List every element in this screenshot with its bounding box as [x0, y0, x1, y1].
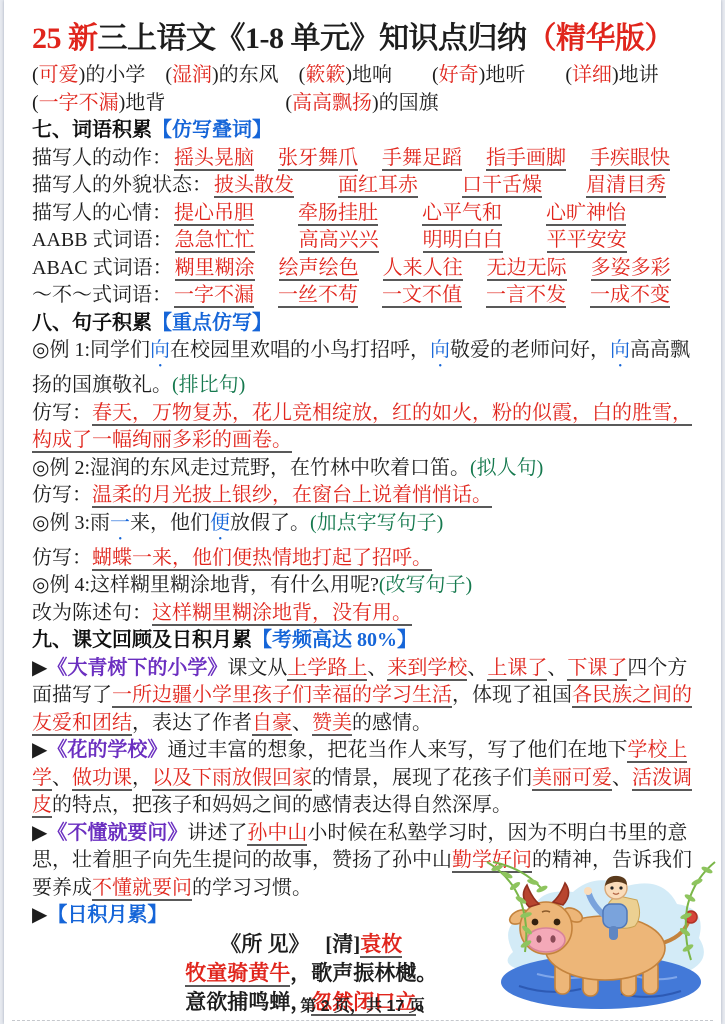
text-segment-k: 放假了。 [230, 512, 310, 534]
text-segment-ru: 无边无际 [487, 257, 567, 281]
text-segment-k: 课文从 [227, 657, 287, 679]
text-segment-k: ( [32, 64, 39, 86]
text-segment-bd: 向 [610, 339, 630, 361]
text-segment-ru: 披头散发 [214, 174, 294, 198]
text-segment-k: 讲述了 [187, 822, 247, 844]
text-segment-ru: 急急忙忙 [175, 229, 255, 253]
text-segment-ru: 春天，万物复苏，花儿竞相绽放，红的如火，粉的似霞，白的胜雪，构成了一幅绚丽多彩的… [32, 402, 692, 454]
section8-number-title: 八、句子积累 [32, 312, 152, 334]
section7-tag: 【仿写叠词】 [152, 119, 272, 141]
text-segment-r: 高高飘扬 [292, 92, 372, 114]
text-segment-k [544, 174, 584, 196]
daily-accumulation-tag: 【日积月累】 [47, 904, 167, 926]
sec8-answer-1: 仿写：春天，万物复苏，花儿竞相绽放，红的如火，粉的似霞，白的胜雪，构成了一幅绚丽… [32, 400, 697, 455]
sentence-type-label: (排比句) [172, 374, 245, 396]
text-segment-r: 簌簌 [305, 64, 345, 86]
text-segment-k: 通过丰富的想象，把花当作人来写，写了他们在地下 [167, 739, 627, 761]
text-segment-k: ◎例 2:湿润的东风走过荒野，在竹林中吹着口笛。 [32, 457, 470, 479]
text-segment-k: 仿写： [32, 402, 92, 424]
title-main: 三上语文《1-8 单元》知识点归纳 [98, 22, 527, 55]
text-segment-k [360, 284, 380, 306]
text-segment-ru: 赞美 [312, 712, 352, 736]
sec7-row-mood: 描写人的心情：提心吊胆 牵肠挂肚 心平气和 心旷神怡 [32, 200, 697, 228]
text-segment-ru: 来到学校 [387, 657, 467, 681]
sec7-row-abac: ABAC 式词语：糊里糊涂 绘声绘色 人来人往 无边无际 多姿多彩 [32, 255, 697, 283]
lesson-title: 《大青树下的小学》 [47, 657, 227, 679]
ox-rider-illustration [485, 860, 717, 1010]
text-segment-ru: 一所边疆小学里孩子们幸福的学习生活 [112, 684, 452, 708]
text-segment-k [380, 202, 420, 224]
text-segment-k: 的特点，把孩子和妈妈之间的感情表达得自然深厚。 [52, 794, 512, 816]
text-segment-k: 的感情。 [352, 712, 432, 734]
text-segment-k: ( [32, 92, 39, 114]
section8-heading: 八、句子积累【重点仿写】 [32, 310, 697, 338]
text-segment-ru: 平平安安 [547, 229, 627, 253]
text-segment-ru: 自豪 [252, 712, 292, 736]
text-segment-k [361, 257, 381, 279]
text-segment-ru: 这样糊里糊涂地背，没有用。 [152, 602, 412, 626]
text-segment-ru: 一丝不苟 [278, 284, 358, 308]
text-segment-k: 描写人的动作： [32, 147, 172, 169]
text-segment-ru: 提心吊胆 [174, 202, 254, 226]
text-segment-ru: 绘声绘色 [279, 257, 359, 281]
sentence-type-label: (加点字写句子) [310, 512, 443, 534]
text-segment-k [257, 257, 277, 279]
text-segment-ru: 手疾眼快 [590, 147, 670, 171]
text-segment-k: 、 [612, 767, 632, 789]
text-segment-ru: 心旷神怡 [546, 202, 626, 226]
sec7-row-actions: 描写人的动作：摇头晃脑 张牙舞爪 手舞足蹈 指手画脚 手疾眼快 [32, 145, 697, 173]
text-segment-k: 改为陈述句： [32, 602, 152, 624]
text-segment-ru: 美丽可爱 [532, 767, 612, 791]
text-segment-k: 在校园里欢唱的小鸟打招呼， [170, 339, 430, 361]
text-segment-k [381, 229, 421, 251]
text-segment-k: 、 [547, 657, 567, 679]
text-segment-k: 、 [467, 657, 487, 679]
lesson-title: 《不懂就要问》 [47, 822, 187, 844]
page-bottom-edge [12, 1020, 713, 1021]
text-segment-bd: 便 [210, 512, 230, 534]
word-fill-line-1: (可爱)的小学 (湿润)的东风 (簌簌)地响 (好奇)地听 (详细)地讲 [32, 62, 697, 90]
section9-heading: 九、课文回顾及日积月累【考频高达 80%】 [32, 627, 697, 655]
text-segment-ru: 摇头晃脑 [174, 147, 254, 171]
text-segment-k: )地背 ( [119, 92, 292, 114]
text-segment-r: 好奇 [439, 64, 479, 86]
text-segment-k: )的小学 ( [79, 64, 172, 86]
text-segment-k [505, 229, 545, 251]
sec9-lesson-1: ▶《大青树下的小学》课文从上学路上、来到学校、上课了、下课了四个方面描写了一所边… [32, 655, 697, 738]
text-segment-r: 详细 [572, 64, 612, 86]
text-segment-k [568, 284, 588, 306]
lesson-title: 《花的学校》 [47, 739, 167, 761]
section9-number-title: 九、课文回顾及日积月累 [32, 629, 252, 651]
section8-tag: 【重点仿写】 [152, 312, 272, 334]
word-fill-line-2: (一字不漏)地背 (高高飘扬)的国旗 [32, 90, 697, 118]
text-segment-k: ，表达了作者 [132, 712, 252, 734]
text-segment-ru: 温柔的月光披上银纱，在窗台上说着悄悄话。 [92, 484, 492, 508]
poem-title-line: 《所 见》 [清]袁枚 [118, 930, 504, 959]
section7-heading: 七、词语积累【仿写叠词】 [32, 117, 697, 145]
text-segment-k: 的情景，展现了花孩子们 [312, 767, 532, 789]
poem-author: 袁枚 [360, 932, 402, 958]
text-segment-k: 仿写： [32, 484, 92, 506]
text-segment-k: ， [132, 767, 152, 789]
text-segment-k [296, 174, 336, 196]
bullet-arrow: ▶ [32, 822, 47, 844]
section9-tag: 【考频高达 80%】 [252, 629, 417, 651]
sentence-type-label: (改写句子) [379, 574, 472, 596]
text-segment-ru: 蝴蝶一来，他们便热情地打起了招呼。 [92, 547, 432, 571]
text-segment-ru: 以及下雨放假回家 [152, 767, 312, 791]
sec8-answer-2: 仿写：温柔的月光披上银纱，在窗台上说着悄悄话。 [32, 482, 697, 510]
text-segment-k: )的东风 ( [212, 64, 305, 86]
text-segment-k [360, 147, 380, 169]
text-segment-k: 、 [292, 712, 312, 734]
text-segment-r: 湿润 [172, 64, 212, 86]
text-segment-ru: 一文不值 [382, 284, 462, 308]
text-segment-k: 描写人的外貌状态： [32, 174, 212, 196]
text-segment-ru: 指手画脚 [486, 147, 566, 171]
text-segment-bd: 向 [430, 339, 450, 361]
text-segment-k: ◎例 1:同学们 [32, 339, 150, 361]
poem-title-and-dynasty: 《所 见》 [清] [220, 932, 360, 956]
text-segment-ru: 一言不发 [486, 284, 566, 308]
page-title: 25 新三上语文《1-8 单元》知识点归纳（精华版） [32, 16, 697, 62]
text-segment-ru: 心平气和 [422, 202, 502, 226]
bullet-arrow: ▶ [32, 739, 47, 761]
text-segment-k [504, 202, 544, 224]
text-segment-r: 一字不漏 [39, 92, 119, 114]
text-segment-k [464, 284, 484, 306]
text-segment-ru: 孙中山 [247, 822, 307, 846]
text-segment-k [420, 174, 460, 196]
sec9-lesson-2: ▶《花的学校》通过丰富的想象，把花当作人来写，写了他们在地下学校上学、做功课，以… [32, 737, 697, 820]
sec8-example-1: ◎例 1:同学们向在校园里欢唱的小鸟打招呼，向敬爱的老师问好，向高高飘扬的国旗敬… [32, 337, 697, 400]
text-segment-k: 的学习习惯。 [192, 877, 312, 899]
text-segment-ru: 一字不漏 [174, 284, 254, 308]
sec7-row-yi-bu: ～不～式词语：一字不漏 一丝不苟 一文不值 一言不发 一成不变 [32, 282, 697, 310]
text-segment-k [257, 229, 297, 251]
text-segment-ru: 人来人往 [383, 257, 463, 281]
text-segment-k: 来，他们 [130, 512, 210, 534]
text-segment-k: )地讲 [612, 64, 659, 86]
text-segment-ru: 牧童骑黄牛 [185, 961, 290, 987]
text-segment-ru: 明明白白 [423, 229, 503, 253]
text-segment-k [464, 147, 484, 169]
text-segment-bd: 向 [150, 339, 170, 361]
text-segment-k: ，歌声振林樾。 [290, 961, 437, 985]
sec8-example-4: ◎例 4:这样糊里糊涂地背，有什么用呢?(改写句子) [32, 572, 697, 600]
text-segment-ru: 口干舌燥 [462, 174, 542, 198]
text-segment-k: )地听 ( [479, 64, 572, 86]
text-segment-k: )的国旗 [372, 92, 439, 114]
text-segment-ru: 眉清目秀 [586, 174, 666, 198]
sec7-row-appearance: 描写人的外貌状态：披头散发 面红耳赤 口干舌燥 眉清目秀 [32, 172, 697, 200]
text-segment-ru: 上学路上 [287, 657, 367, 681]
text-segment-ru: 做功课 [72, 767, 132, 791]
page-number: 第 2 页，共 17 页 [4, 993, 721, 1016]
text-segment-k: ～不～式词语： [32, 284, 172, 306]
title-edition: （精华版） [527, 22, 675, 55]
document-page: 25 新三上语文《1-8 单元》知识点归纳（精华版）(可爱)的小学 (湿润)的东… [4, 0, 721, 1024]
text-segment-k: ，体现了祖国 [452, 684, 572, 706]
text-segment-k: ◎例 3:雨 [32, 512, 110, 534]
section7-number-title: 七、词语积累 [32, 119, 152, 141]
text-segment-ru: 面红耳赤 [338, 174, 418, 198]
text-segment-ru: 牵肠挂肚 [298, 202, 378, 226]
title-prefix: 25 新 [32, 22, 98, 55]
sec8-answer-4: 改为陈述句：这样糊里糊涂地背，没有用。 [32, 600, 697, 628]
sec8-example-2: ◎例 2:湿润的东风走过荒野，在竹林中吹着口笛。(拟人句) [32, 455, 697, 483]
bullet-arrow: ▶ [32, 657, 47, 679]
text-segment-k: )地响 ( [345, 64, 438, 86]
text-segment-bd: 一 [110, 512, 130, 534]
sec8-answer-3: 仿写：蝴蝶一来，他们便热情地打起了招呼。 [32, 545, 697, 573]
text-segment-k: 、 [52, 767, 72, 789]
text-segment-ru: 手舞足蹈 [382, 147, 462, 171]
text-segment-r: 可爱 [39, 64, 79, 86]
text-segment-ru: 多姿多彩 [591, 257, 671, 281]
text-segment-k: 敬爱的老师问好， [450, 339, 610, 361]
sec8-example-3: ◎例 3:雨一来，他们便放假了。(加点字写句子) [32, 510, 697, 545]
bullet-arrow: ▶ [32, 904, 47, 926]
text-segment-k [256, 202, 296, 224]
text-segment-k: ◎例 4:这样糊里糊涂地背，有什么用呢? [32, 574, 379, 596]
text-segment-ru: 糊里糊涂 [175, 257, 255, 281]
text-segment-ru: 下课了 [567, 657, 627, 681]
text-segment-k [256, 284, 276, 306]
text-segment-k: 、 [367, 657, 387, 679]
text-segment-ru: 高高兴兴 [299, 229, 379, 253]
text-segment-ru: 一成不变 [590, 284, 670, 308]
text-segment-ru: 上课了 [487, 657, 547, 681]
text-segment-k [569, 257, 589, 279]
text-segment-k: 描写人的心情： [32, 202, 172, 224]
sec7-row-aabb: AABB 式词语：急急忙忙 高高兴兴 明明白白 平平安安 [32, 227, 697, 255]
text-segment-k [465, 257, 485, 279]
sentence-type-label: (拟人句) [470, 457, 543, 479]
text-segment-k [568, 147, 588, 169]
text-segment-k: 仿写： [32, 547, 92, 569]
text-segment-k [256, 147, 276, 169]
poem-line-1: 牧童骑黄牛，歌声振林樾。 [118, 959, 504, 988]
text-segment-ru: 张牙舞爪 [278, 147, 358, 171]
text-segment-k: ABAC 式词语： [32, 257, 173, 279]
text-segment-k: AABB 式词语： [32, 229, 173, 251]
text-segment-ru: 不懂就要问 [92, 877, 192, 901]
